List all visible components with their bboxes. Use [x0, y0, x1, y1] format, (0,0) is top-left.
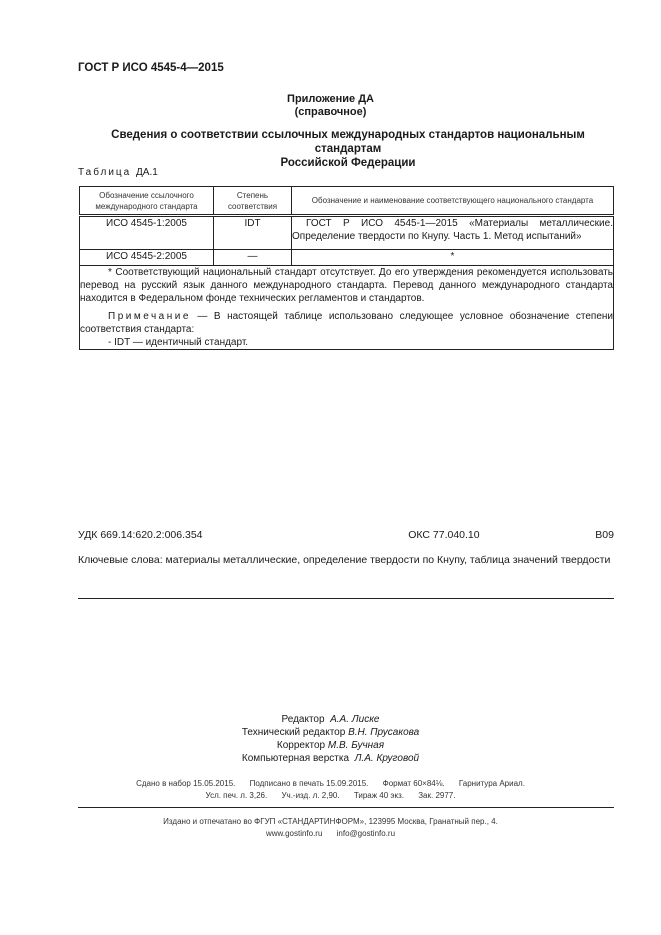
imprint-signed: Подписано в печать 15.09.2015. — [250, 779, 369, 788]
cell-degree: IDT — [214, 216, 292, 250]
note-label: Примечание — [108, 311, 191, 322]
credit-corrector: Корректор М.В. Бучная — [0, 739, 661, 752]
udk-code: УДК 669.14:620.2:006.354 — [78, 529, 203, 541]
imprint-font: Гарнитура Ариал. — [459, 779, 525, 788]
classification-row: УДК 669.14:620.2:006.354 ОКС 77.040.10 В… — [78, 529, 614, 541]
credit-label: Корректор — [277, 740, 325, 751]
cell-national-standard: ГОСТ Р ИСО 4545-1—2015 «Материалы металл… — [292, 216, 614, 250]
table-footnote-cell: * Соответствующий национальный стандарт … — [80, 266, 614, 350]
publisher-line: Издано и отпечатано во ФГУП «СТАНДАРТИНФ… — [0, 816, 661, 828]
appendix-heading: Сведения о соответствии ссылочных междун… — [78, 128, 618, 170]
credit-name: М.В. Бучная — [328, 740, 384, 751]
table-footnote-row: * Соответствующий национальный стандарт … — [80, 266, 614, 350]
imprint-block: Сдано в набор 15.05.2015. Подписано в пе… — [0, 778, 661, 802]
table-caption: Таблица ДА.1 — [78, 167, 158, 178]
credit-name: В.Н. Прусакова — [348, 727, 419, 738]
imprint-order: Зак. 2977. — [418, 791, 455, 800]
classification-code: В09 — [595, 529, 614, 541]
column-header-intl-standard: Обозначение ссылочного международного ст… — [80, 187, 214, 216]
imprint-run: Тираж 40 экз. — [354, 791, 404, 800]
cell-degree: — — [214, 250, 292, 266]
table-caption-word: Таблица — [78, 167, 131, 178]
publisher-website-link[interactable]: www.gostinfo.ru — [266, 829, 322, 838]
credit-name: А.А. Лиске — [330, 714, 379, 725]
imprint-submitted: Сдано в набор 15.05.2015. — [136, 779, 235, 788]
credit-tech-editor: Технический редактор В.Н. Прусакова — [0, 726, 661, 739]
divider — [78, 807, 614, 808]
keywords: Ключевые слова: материалы металлические,… — [78, 553, 614, 567]
credit-label: Редактор — [282, 714, 325, 725]
column-header-degree: Степень соответствия — [214, 187, 292, 216]
table-caption-number: ДА.1 — [136, 167, 158, 178]
imprint-format: Формат 60×84⅛. — [383, 779, 445, 788]
imprint-line-2: Усл. печ. л. 3,26. Уч.-изд. л. 2,90. Тир… — [0, 790, 661, 802]
cell-intl-standard: ИСО 4545-2:2005 — [80, 250, 214, 266]
table-row: ИСО 4545-2:2005 — * — [80, 250, 614, 266]
imprint-print-sheets: Усл. печ. л. 3,26. — [206, 791, 268, 800]
oks-code: ОКС 77.040.10 — [408, 529, 479, 541]
credit-name: Л.А. Круговой — [355, 753, 420, 764]
note-list-item: - IDT — идентичный стандарт. — [80, 336, 613, 349]
credit-label: Технический редактор — [242, 727, 345, 738]
footnote-text: * Соответствующий национальный стандарт … — [80, 266, 613, 305]
heading-line-2: Российской Федерации — [78, 156, 618, 170]
credit-editor: Редактор А.А. Лиске — [0, 713, 661, 726]
cell-intl-standard: ИСО 4545-1:2005 — [80, 216, 214, 250]
cell-national-standard: * — [292, 250, 614, 266]
document-code: ГОСТ Р ИСО 4545-4—2015 — [78, 62, 224, 74]
imprint-line-1: Сдано в набор 15.05.2015. Подписано в пе… — [0, 778, 661, 790]
appendix-subtitle: (справочное) — [0, 106, 661, 119]
heading-line-1: Сведения о соответствии ссылочных междун… — [78, 128, 618, 156]
correspondence-table: Обозначение ссылочного международного ст… — [79, 186, 614, 350]
credit-label: Компьютерная верстка — [242, 753, 349, 764]
table-note: Примечание — В настоящей таблице использ… — [80, 310, 613, 336]
table-row: ИСО 4545-1:2005 IDT ГОСТ Р ИСО 4545-1—20… — [80, 216, 614, 250]
divider — [78, 598, 614, 599]
publisher-block: Издано и отпечатано во ФГУП «СТАНДАРТИНФ… — [0, 816, 661, 840]
credit-layout: Компьютерная верстка Л.А. Круговой — [0, 752, 661, 765]
publisher-email-link[interactable]: info@gostinfo.ru — [337, 829, 395, 838]
imprint-pub-sheets: Уч.-изд. л. 2,90. — [281, 791, 339, 800]
table-header-row: Обозначение ссылочного международного ст… — [80, 187, 614, 216]
credits-block: Редактор А.А. Лиске Технический редактор… — [0, 713, 661, 765]
publisher-contacts: www.gostinfo.ru info@gostinfo.ru — [0, 828, 661, 840]
appendix-title: Приложение ДА — [0, 93, 661, 106]
column-header-national-standard: Обозначение и наименование соответствующ… — [292, 187, 614, 216]
